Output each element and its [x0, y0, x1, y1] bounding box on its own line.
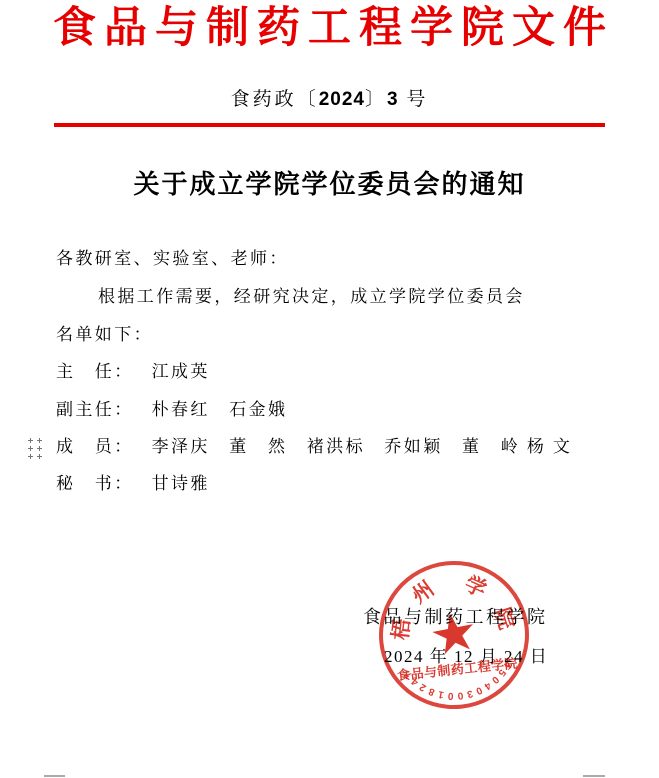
letterhead-divider	[54, 123, 605, 127]
roster-row-director: 主 任：江成英	[56, 362, 210, 382]
doc-number-prefix: 食药政〔	[231, 89, 319, 110]
page-bottom-segment-right	[583, 775, 605, 777]
drag-dot	[37, 446, 42, 451]
roster-role: 成 员：	[56, 437, 134, 456]
document-page: 食品与制药工程学院文件 食药政〔2024〕3 号 关于成立学院学位委员会的通知 …	[0, 0, 659, 778]
roster-role: 副主任：	[56, 400, 134, 419]
roster-names: 朴春红 石金娥	[152, 400, 288, 419]
drag-dot	[37, 454, 42, 459]
signature-date: 2024 年 12 月 24 日	[384, 642, 548, 667]
official-seal: 梧州学院 ★ 食品与制药工程学院 4504030018247	[372, 554, 537, 717]
body-paragraph-2: 名单如下：	[56, 325, 153, 345]
drag-dot	[37, 438, 42, 443]
doc-number-close-bracket: 〕	[365, 89, 387, 110]
paragraph-drag-handle-icon[interactable]	[28, 438, 42, 459]
document-number: 食药政〔2024〕3 号	[0, 84, 659, 111]
notice-title: 关于成立学院学位委员会的通知	[0, 164, 659, 201]
body-paragraph: 根据工作需要，经研究决定，成立学院学位委员会	[98, 287, 525, 307]
roster-row-members: 成 员：李泽庆 董 然 褚洪标 乔如颖 董 岭 杨 文	[56, 437, 572, 457]
roster-names: 甘诗雅	[152, 474, 210, 493]
signature-organization: 食品与制药工程学院	[363, 603, 548, 629]
doc-number-suffix: 号	[399, 89, 429, 110]
roster-names: 江成英	[152, 362, 210, 381]
drag-dot	[28, 446, 33, 451]
page-bottom-segment-left	[44, 775, 65, 777]
roster-role: 主 任：	[56, 362, 134, 381]
roster-row-secretary: 秘 书：甘诗雅	[56, 474, 210, 494]
doc-number-serial: 3	[387, 89, 399, 110]
roster-role: 秘 书：	[56, 474, 134, 493]
drag-dot	[28, 438, 33, 443]
greeting-line: 各教研室、实验室、老师：	[56, 249, 289, 269]
roster-names: 李泽庆 董 然 褚洪标 乔如颖 董 岭 杨 文	[152, 437, 573, 456]
roster-row-deputy: 副主任：朴春红 石金娥	[56, 400, 287, 420]
drag-dot	[28, 454, 33, 459]
doc-number-year: 2024	[319, 89, 365, 110]
letterhead-title: 食品与制药工程学院文件	[0, 5, 659, 52]
